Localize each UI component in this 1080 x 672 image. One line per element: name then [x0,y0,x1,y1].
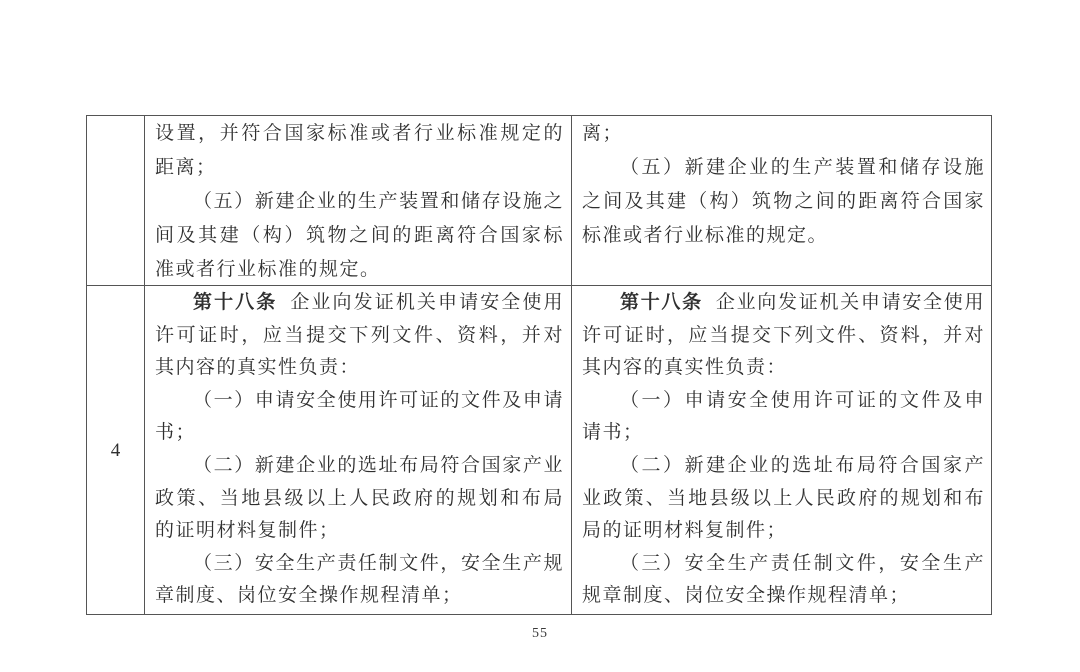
row2-right-article-number: 第十八条 [620,292,703,313]
row1-left-continuation-text: 设置，并符合国家标准或者行业标准规定的距离； [155,117,564,185]
row1-right-continuation-text: 离； [582,117,985,151]
row2-right-item1-text: （一）申请安全使用许可证的文件及申请书； [582,385,985,450]
page-number: 55 [0,626,1080,642]
row1-right-item5-text: （五）新建企业的生产装置和储存设施之间及其建（构）筑物之间的距离符合国家标准或者… [582,151,985,253]
row2-index-cell: 4 [87,286,145,615]
row1-left-text-cell: 设置，并符合国家标准或者行业标准规定的距离； （五）新建企业的生产装置和储存设施… [145,116,572,286]
row2-left-item2-text: （二）新建企业的选址布局符合国家产业政策、当地县级以上人民政府的规划和布局的证明… [155,450,564,548]
row2-left-text-cell: 第十八条企业向发证机关申请安全使用许可证时，应当提交下列文件、资料，并对其内容的… [145,286,572,615]
row1-index-cell [87,116,145,286]
row2-right-item2-text: （二）新建企业的选址布局符合国家产业政策、当地县级以上人民政府的规划和布局的证明… [582,450,985,548]
row2-left-article-number: 第十八条 [193,292,277,313]
row1-right-text-cell: 离； （五）新建企业的生产装置和储存设施之间及其建（构）筑物之间的距离符合国家标… [572,116,992,286]
row2-right-text-cell: 第十八条企业向发证机关申请安全使用许可证时，应当提交下列文件、资料，并对其内容的… [572,286,992,615]
row1-left-item5-text: （五）新建企业的生产装置和储存设施之间及其建（构）筑物之间的距离符合国家标准或者… [155,185,564,286]
comparison-table: 设置，并符合国家标准或者行业标准规定的距离； （五）新建企业的生产装置和储存设施… [86,115,992,615]
row2-right-article-paragraph: 第十八条企业向发证机关申请安全使用许可证时，应当提交下列文件、资料，并对其内容的… [582,287,985,385]
row2-left-article-paragraph: 第十八条企业向发证机关申请安全使用许可证时，应当提交下列文件、资料，并对其内容的… [155,287,564,385]
row2-left-item1-text: （一）申请安全使用许可证的文件及申请书； [155,385,564,450]
row2-right-item3-text: （三）安全生产责任制文件，安全生产规章制度、岗位安全操作规程清单； [582,548,985,613]
row2-left-item3-text: （三）安全生产责任制文件，安全生产规章制度、岗位安全操作规程清单； [155,548,564,613]
